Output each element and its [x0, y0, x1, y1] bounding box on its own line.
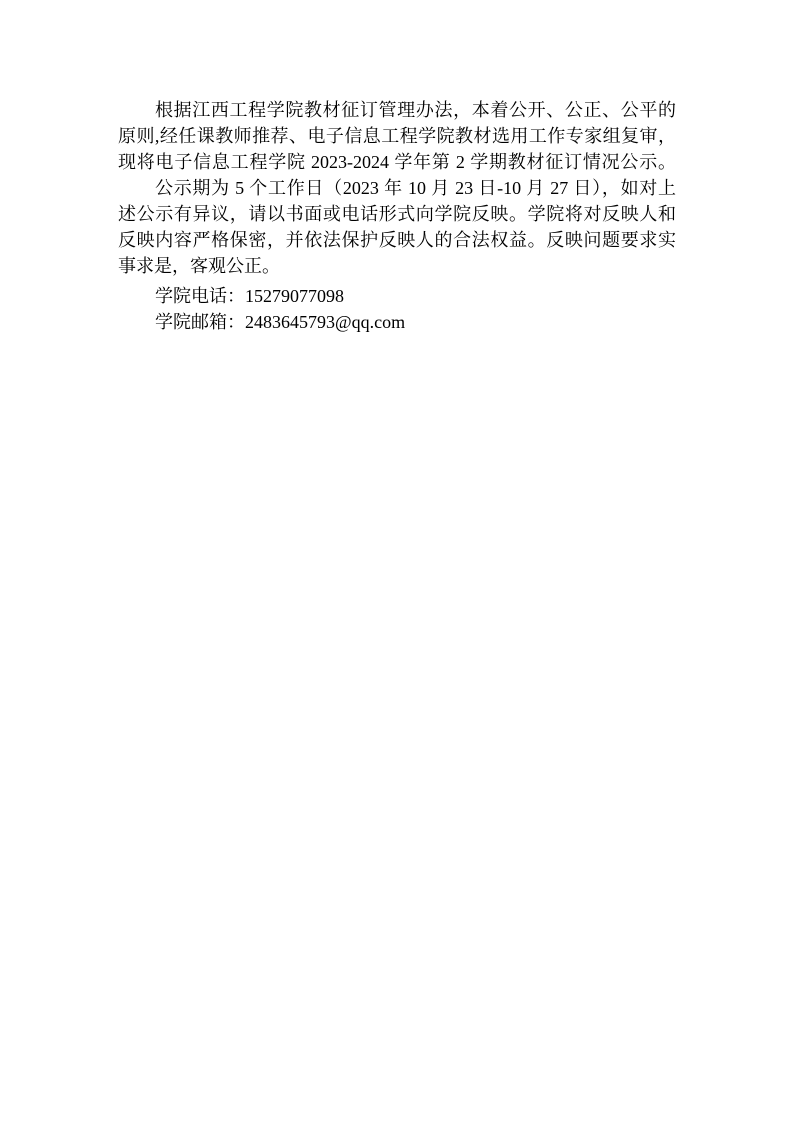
paragraph2-line1: 公示期为 5 个工作日（2023 年 10 月 23 日-10 月 27 日），… — [118, 175, 676, 201]
paragraph1-line2: 原则,经任课教师推荐、电子信息工程学院教材选用工作专家组复审， — [118, 123, 676, 149]
phone-line: 学院电话：15279077098 — [118, 283, 676, 309]
paragraph2-line3: 反映内容严格保密，并依法保护反映人的合法权益。反映问题要求实 — [118, 227, 676, 253]
paragraph2-line4: 事求是，客观公正。 — [118, 253, 676, 279]
notice-body: 根据江西工程学院教材征订管理办法，本着公开、公正、公平的 原则,经任课教师推荐、… — [118, 97, 676, 335]
paragraph1-line3: 现将电子信息工程学院 2023-2024 学年第 2 学期教材征订情况公示。 — [118, 149, 676, 175]
paragraph1-line1: 根据江西工程学院教材征订管理办法，本着公开、公正、公平的 — [118, 97, 676, 123]
document-page: 根据江西工程学院教材征订管理办法，本着公开、公正、公平的 原则,经任课教师推荐、… — [0, 0, 793, 1122]
email-line: 学院邮箱：2483645793@qq.com — [118, 309, 676, 335]
paragraph2-line2: 述公示有异议，请以书面或电话形式向学院反映。学院将对反映人和 — [118, 201, 676, 227]
